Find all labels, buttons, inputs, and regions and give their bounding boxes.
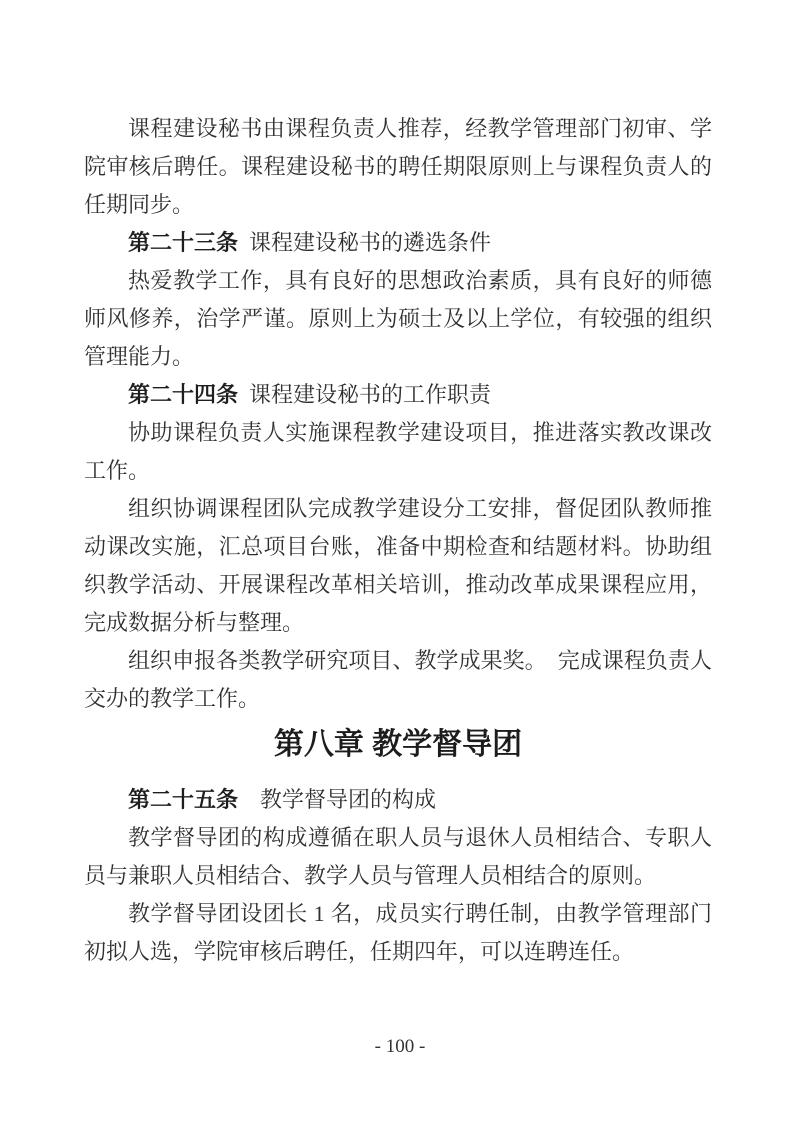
paragraph: 热爱教学工作，具有良好的思想政治素质，具有良好的师德师风修养，治学严谨。原则上为…	[84, 262, 712, 376]
article-heading: 第二十五条教学督导团的构成	[84, 781, 712, 819]
paragraph: 教学督导团设团长 1 名，成员实行聘任制，由教学管理部门初拟人选，学院审核后聘任…	[84, 895, 712, 971]
text-block: 课程建设秘书由课程负责人推荐，经教学管理部门初审、学院审核后聘任。课程建设秘书的…	[84, 110, 712, 971]
article-number: 第二十五条	[128, 787, 238, 812]
paragraph: 组织协调课程团队完成教学建设分工安排，督促团队教师推动课改实施，汇总项目台账，准…	[84, 490, 712, 642]
page-footer: - 100 -	[0, 1036, 800, 1058]
page-number: - 100 -	[375, 1036, 426, 1057]
document-page: 课程建设秘书由课程负责人推荐，经教学管理部门初审、学院审核后聘任。课程建设秘书的…	[0, 0, 800, 1131]
paragraph: 课程建设秘书由课程负责人推荐，经教学管理部门初审、学院审核后聘任。课程建设秘书的…	[84, 110, 712, 224]
paragraph: 组织申报各类教学研究项目、教学成果奖。 完成课程负责人交办的教学工作。	[84, 642, 712, 718]
paragraph: 教学督导团的构成遵循在职人员与退休人员相结合、专职人员与兼职人员相结合、教学人员…	[84, 819, 712, 895]
article-title: 课程建设秘书的工作职责	[249, 382, 491, 407]
chapter-heading: 第八章 教学督导团	[84, 723, 712, 767]
article-number: 第二十四条	[128, 382, 238, 407]
article-heading: 第二十三条课程建设秘书的遴选条件	[84, 224, 712, 262]
paragraph: 协助课程负责人实施课程教学建设项目，推进落实教改课改工作。	[84, 414, 712, 490]
article-heading: 第二十四条课程建设秘书的工作职责	[84, 376, 712, 414]
article-title: 教学督导团的构成	[260, 787, 436, 812]
article-title: 课程建设秘书的遴选条件	[249, 230, 491, 255]
article-number: 第二十三条	[128, 230, 238, 255]
